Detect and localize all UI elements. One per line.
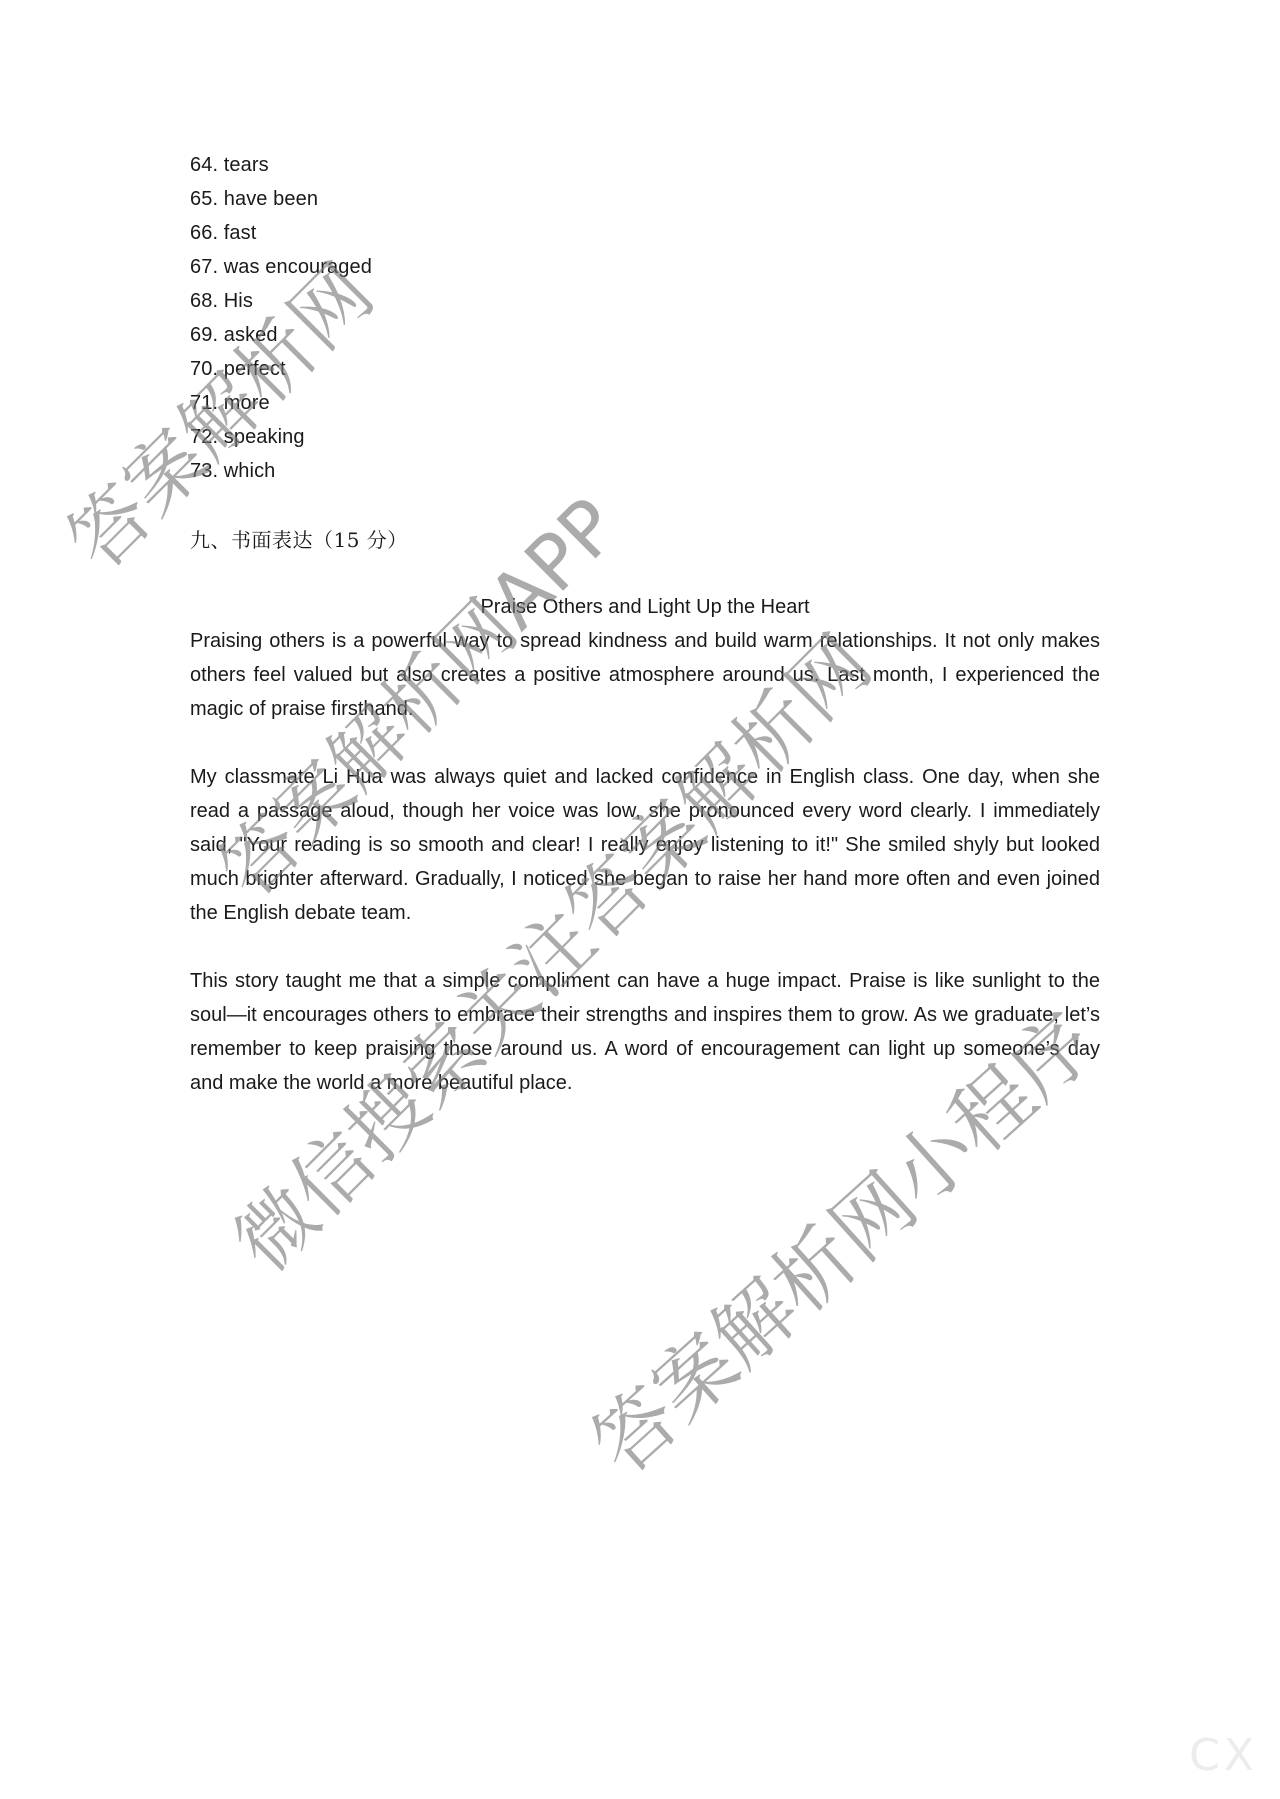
- answer-item: 70. perfect: [190, 352, 372, 386]
- answer-key-page: 64. tears 65. have been 66. fast 67. was…: [0, 0, 1280, 1799]
- answer-item: 64. tears: [190, 148, 372, 182]
- essay-paragraph: Praising others is a powerful way to spr…: [190, 624, 1100, 726]
- essay: Praise Others and Light Up the Heart Pra…: [190, 590, 1100, 1100]
- essay-paragraph: This story taught me that a simple compl…: [190, 964, 1100, 1100]
- answer-item: 68. His: [190, 284, 372, 318]
- essay-paragraph: My classmate Li Hua was always quiet and…: [190, 760, 1100, 930]
- answer-item: 67. was encouraged: [190, 250, 372, 284]
- section-heading: 九、书面表达（15 分）: [190, 524, 408, 553]
- answer-item: 73. which: [190, 454, 372, 488]
- corner-mark: CX: [1189, 1730, 1258, 1781]
- answer-item: 65. have been: [190, 182, 372, 216]
- answer-item: 71. more: [190, 386, 372, 420]
- answer-list: 64. tears 65. have been 66. fast 67. was…: [190, 148, 372, 488]
- answer-item: 72. speaking: [190, 420, 372, 454]
- answer-item: 69. asked: [190, 318, 372, 352]
- essay-title: Praise Others and Light Up the Heart: [190, 590, 1100, 624]
- answer-item: 66. fast: [190, 216, 372, 250]
